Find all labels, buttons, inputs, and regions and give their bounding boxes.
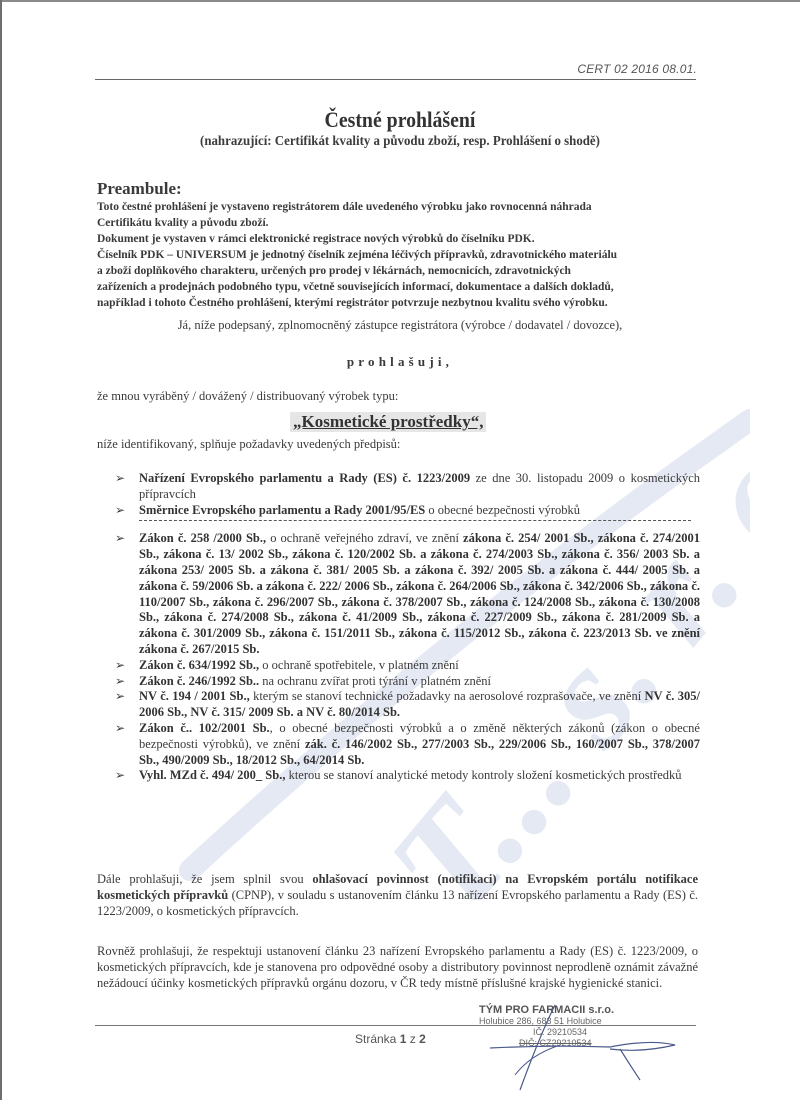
- regulation-item: ➢ Směrnice Evropského parlamentu a Rady …: [115, 503, 700, 519]
- page-label: Stránka: [355, 1032, 400, 1046]
- regulation-text: o ochraně spotřebitele, v platném znění: [259, 658, 459, 672]
- header-divider: [95, 79, 696, 80]
- regulation-title: NV č. 194 / 2001 Sb.,: [139, 689, 250, 703]
- preamble-line: Certifikátu kvality a původu zboží.: [97, 215, 717, 231]
- stamp-dic: DIČ: CZ29210534: [479, 1038, 614, 1049]
- regulation-text: kterou se stanoví analytické metody kont…: [285, 768, 681, 782]
- identification-line: níže identifikovaný, splňuje požadavky u…: [97, 437, 400, 452]
- regulation-title: Směrnice Evropského parlamentu a Rady 20…: [139, 503, 425, 517]
- regulation-item: ➢ Zákon č. 246/1992 Sb.. na ochranu zvíř…: [115, 674, 700, 690]
- intro-statement: Já, níže podepsaný, zplnomocněný zástupc…: [0, 318, 800, 333]
- page-total: 2: [419, 1032, 426, 1046]
- regulation-item: ➢ Vyhl. MZd č. 494/ 200_ Sb., kterou se …: [115, 768, 700, 784]
- regulation-item: ➢ Zákon č. 258 /2000 Sb., o ochraně veře…: [115, 531, 700, 657]
- regulation-text: o obecné bezpečnosti výrobků: [425, 503, 580, 517]
- regulation-amendments: zákona č. 254/ 2001 Sb., zákona č. 274/2…: [139, 531, 700, 656]
- preamble-body: Toto čestné prohlášení je vystaveno regi…: [97, 199, 717, 311]
- regulation-text: o ochraně veřejného zdraví, ve znění: [266, 531, 463, 545]
- document-title: Čestné prohlášení: [40, 107, 760, 133]
- stamp-address: Holubice 286, 683 51 Holubice: [479, 1016, 614, 1027]
- arrow-bullet-icon: ➢: [115, 658, 125, 674]
- regulation-item: ➢ Zákon č.. 102/2001 Sb., o obecné bezpe…: [115, 721, 700, 768]
- arrow-bullet-icon: ➢: [115, 531, 125, 547]
- paragraph-text: Dále prohlašuji, že jsem splnil svou: [97, 872, 312, 886]
- regulation-title: Vyhl. MZd č. 494/ 200_ Sb.,: [139, 768, 285, 782]
- document-code: CERT 02 2016 08.01.: [577, 62, 697, 76]
- arrow-bullet-icon: ➢: [115, 674, 125, 690]
- regulations-list: ➢ Nařízení Evropského parlamentu a Rady …: [115, 471, 700, 784]
- reporting-paragraph: Rovněž prohlašuji, že respektuji ustanov…: [97, 943, 698, 991]
- scan-edge-left: [0, 0, 2, 1100]
- notification-paragraph: Dále prohlašuji, že jsem splnil svou ohl…: [97, 871, 698, 919]
- arrow-bullet-icon: ➢: [115, 721, 125, 737]
- regulation-title: Nařízení Evropského parlamentu a Rady (E…: [139, 471, 470, 485]
- page-number: Stránka 1 z 2: [355, 1032, 426, 1046]
- preamble-line: Dokument je vystaven v rámci elektronick…: [97, 231, 717, 247]
- regulation-title: Zákon č.. 102/2001 Sb.: [139, 721, 270, 735]
- regulation-title: Zákon č. 634/1992 Sb.,: [139, 658, 259, 672]
- regulation-item: ➢ Zákon č. 634/1992 Sb., o ochraně spotř…: [115, 658, 700, 674]
- arrow-bullet-icon: ➢: [115, 768, 125, 784]
- stamp-ic: IČ: 29210534: [479, 1027, 614, 1038]
- declaration-word: prohlašuji,: [0, 354, 800, 370]
- stamp-company: TÝM PRO FARMACII s.r.o.: [479, 1005, 614, 1016]
- regulation-text: na ochranu zvířat proti týrání v platném…: [259, 674, 491, 688]
- preamble-line: například i tohoto Čestného prohlášení, …: [97, 295, 717, 311]
- document-subtitle: (nahrazující: Certifikát kvality a původ…: [32, 134, 768, 150]
- arrow-bullet-icon: ➢: [115, 503, 125, 519]
- preamble-line: Číselník PDK – UNIVERSUM je jednotný čís…: [97, 247, 717, 263]
- product-type-line: že mnou vyráběný / dovážený / distribuov…: [97, 389, 398, 404]
- regulation-item: ➢ Nařízení Evropského parlamentu a Rady …: [115, 471, 700, 503]
- regulation-item: ➢ NV č. 194 / 2001 Sb., kterým se stanov…: [115, 689, 700, 721]
- dashed-divider: [139, 520, 691, 521]
- preamble-line: zařízeních a prodejnách podobného typu, …: [97, 279, 717, 295]
- regulation-title: Zákon č. 258 /2000 Sb.,: [139, 531, 266, 545]
- arrow-bullet-icon: ➢: [115, 689, 125, 705]
- page-separator: z: [406, 1032, 419, 1046]
- scan-edge-top: [0, 0, 800, 2]
- arrow-bullet-icon: ➢: [115, 471, 125, 487]
- preamble-heading: Preambule:: [97, 179, 182, 199]
- product-type: „Kosmetické prostředky“,: [290, 412, 486, 432]
- regulation-text: kterým se stanoví technické požadavky na…: [250, 689, 645, 703]
- preamble-line: a zboží doplňkového charakteru, určených…: [97, 263, 717, 279]
- company-stamp: TÝM PRO FARMACII s.r.o. Holubice 286, 68…: [479, 1005, 614, 1049]
- regulation-title: Zákon č. 246/1992 Sb..: [139, 674, 259, 688]
- preamble-line: Toto čestné prohlášení je vystaveno regi…: [97, 199, 717, 215]
